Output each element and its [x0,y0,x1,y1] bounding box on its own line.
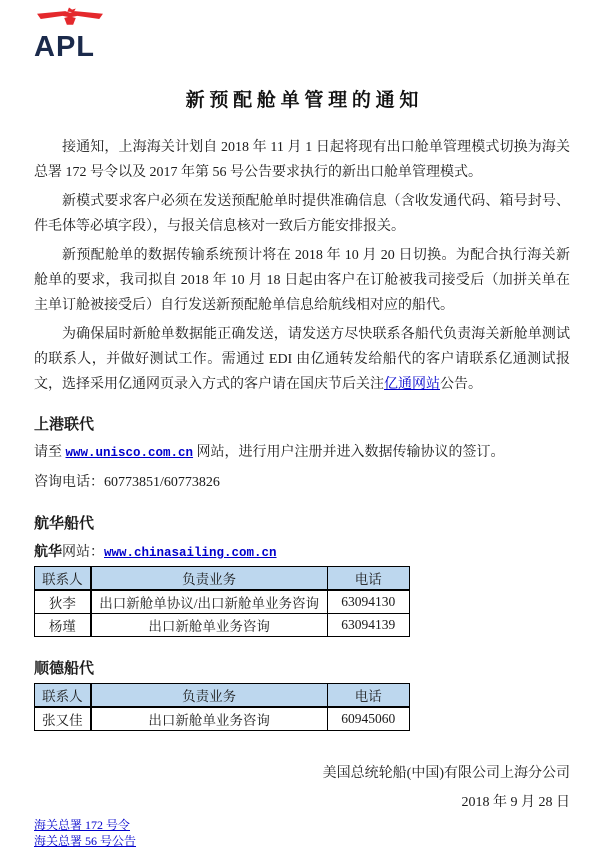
customs-notice-56-link[interactable]: 海关总署 56 号公告 [34,833,136,849]
contact-name: 杨瑾 [35,614,91,637]
paragraph-4: 为确保届时新舱单数据能正确发送，请发送方尽快联系各船代负责海关新舱单测试的联系人… [34,322,570,397]
customs-order-172-link[interactable]: 海关总署 172 号令 [34,817,136,833]
paragraph-2: 新模式要求客户必须在发送预配舱单时提供准确信息（含收发通代码、箱号封号、件毛体等… [34,189,570,239]
contact-business: 出口新舱单协议/出口新舱单业务咨询 [91,590,327,614]
hanghua-website-line: 航华网站：www.chinasailing.com.cn [34,545,570,561]
hanghua-contact-table: 联系人 负责业务 电话 狄李 出口新舱单协议/出口新舱单业务咨询 6309413… [34,566,410,637]
table-row: 狄李 出口新舱单协议/出口新舱单业务咨询 63094130 [35,590,410,614]
table-row: 张又佳 出口新舱单业务咨询 60945060 [35,707,410,731]
hanghua-site-label-bold: 航华 [34,545,62,560]
paragraph-4-tail: 公告。 [440,377,482,392]
section-heading-shanggang: 上港联代 [34,416,570,434]
column-header-phone: 电话 [327,567,410,591]
table-row: 杨瑾 出口新舱单业务咨询 63094139 [35,614,410,637]
yitong-website-link[interactable]: 亿通网站 [384,377,440,392]
shanggang-phone-line: 咨询电话：60773851/60773826 [34,475,570,490]
column-header-business: 负责业务 [91,684,327,708]
contact-name: 张又佳 [35,707,91,731]
column-header-contact: 联系人 [35,684,91,708]
section-heading-hanghua: 航华船代 [34,515,570,533]
table-header-row: 联系人 负责业务 电话 [35,684,410,708]
document-body: 接通知，上海海关计划自 2018 年 11 月 1 日起将现有出口舱单管理模式切… [34,135,570,397]
contact-phone: 63094130 [327,590,410,614]
contact-business: 出口新舱单业务咨询 [91,614,327,637]
table-header-row: 联系人 负责业务 电话 [35,567,410,591]
paragraph-1: 接通知，上海海关计划自 2018 年 11 月 1 日起将现有出口舱单管理模式切… [34,135,570,185]
paragraph-3: 新预配舱单的数据传输系统预计将在 2018 年 10 月 20 日切换。为配合执… [34,243,570,318]
column-header-contact: 联系人 [35,567,91,591]
contact-phone: 60945060 [327,707,410,731]
document-date: 2018 年 9 月 28 日 [323,795,570,811]
hanghua-site-label: 网站： [62,545,104,560]
shanggang-line-after: 网站，进行用户注册并进入数据传输协议的签订。 [193,445,505,460]
contact-business: 出口新舱单业务咨询 [91,707,327,731]
shanggang-register-line: 请至 www.unisco.com.cn 网站，进行用户注册并进入数据传输协议的… [34,445,570,461]
document-page: APL 新 预 配 舱 单 管 理 的 通 知 接通知，上海海关计划自 2018… [0,0,604,863]
section-heading-shunde: 顺德船代 [34,660,570,678]
contact-phone: 63094139 [327,614,410,637]
brand-name: APL [34,32,124,62]
footer-links: 海关总署 172 号令 海关总署 56 号公告 [34,817,136,849]
column-header-business: 负责业务 [91,567,327,591]
signature-block: 美国总统轮船(中国)有限公司上海分公司 2018 年 9 月 28 日 [323,766,570,811]
company-name: 美国总统轮船(中国)有限公司上海分公司 [323,766,570,782]
shunde-contact-table: 联系人 负责业务 电话 张又佳 出口新舱单业务咨询 60945060 [34,683,410,731]
unisco-website-link[interactable]: www.unisco.com.cn [66,446,194,460]
column-header-phone: 电话 [327,684,410,708]
shanggang-line-before: 请至 [34,445,66,460]
apl-logo: APL [34,6,124,62]
chinasailing-website-link[interactable]: www.chinasailing.com.cn [104,546,277,560]
contact-name: 狄李 [35,590,91,614]
document-title: 新 预 配 舱 单 管 理 的 通 知 [34,89,570,113]
eagle-icon [36,6,104,32]
paragraph-4-text: 为确保届时新舱单数据能正确发送，请发送方尽快联系各船代负责海关新舱单测试的联系人… [34,327,570,392]
